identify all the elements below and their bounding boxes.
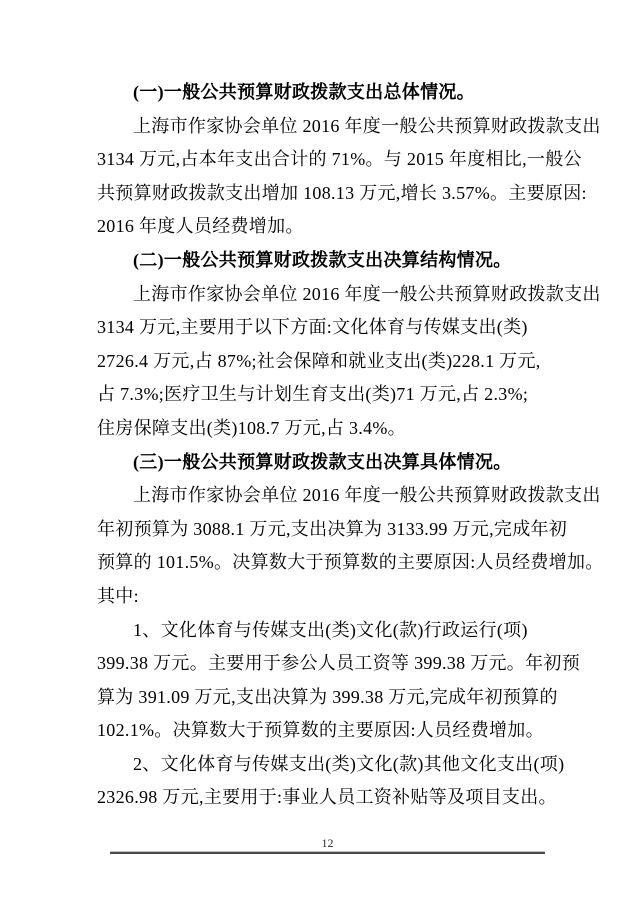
document-text-block: (一)一般公共预算财政拨款支出总体情况。 上海市作家协会单位 2016 年度一般… [97, 76, 567, 815]
paragraph-4-line-1: 1、文化体育与传媒支出(类)文化(款)行政运行(项) [97, 614, 567, 648]
paragraph-2-line-2: 3134 万元,主要用于以下方面:文化体育与传媒支出(类) [97, 311, 567, 345]
paragraph-1-line-3: 共预算财政拨款支出增加 108.13 万元,增长 3.57%。主要原因: [97, 177, 567, 211]
section-heading-2: (二)一般公共预算财政拨款支出决算结构情况。 [97, 244, 567, 278]
paragraph-2-line-3: 2726.4 万元,占 87%;社会保障和就业支出(类)228.1 万元, [97, 345, 567, 379]
paragraph-4-line-3: 算为 391.09 万元,支出决算为 399.38 万元,完成年初预算的 [97, 681, 567, 715]
paragraph-3-line-3: 预算的 101.5%。决算数大于预算数的主要原因:人员经费增加。 [97, 546, 567, 580]
paragraph-5-line-1: 2、文化体育与传媒支出(类)文化(款)其他文化支出(项) [97, 748, 567, 782]
paragraph-4-line-4: 102.1%。决算数大于预算数的主要原因:人员经费增加。 [97, 714, 567, 748]
page-number: 12 [110, 835, 545, 851]
section-heading-1: (一)一般公共预算财政拨款支出总体情况。 [97, 76, 567, 110]
paragraph-1-line-2: 3134 万元,占本年支出合计的 71%。与 2015 年度相比,一般公 [97, 143, 567, 177]
paragraph-5-line-2: 2326.98 万元,主要用于:事业人员工资补贴等及项目支出。 [97, 781, 567, 815]
footer-divider [110, 851, 545, 854]
paragraph-1-line-4: 2016 年度人员经费增加。 [97, 210, 567, 244]
paragraph-3-line-4: 其中: [97, 580, 567, 614]
paragraph-2-line-1: 上海市作家协会单位 2016 年度一般公共预算财政拨款支出 [97, 278, 567, 312]
paragraph-2-line-4: 占 7.3%;医疗卫生与计划生育支出(类)71 万元,占 2.3%; [97, 378, 567, 412]
paragraph-4-line-2: 399.38 万元。主要用于参公人员工资等 399.38 万元。年初预 [97, 647, 567, 681]
paragraph-2-line-5: 住房保障支出(类)108.7 万元,占 3.4%。 [97, 412, 567, 446]
paragraph-3-line-2: 年初预算为 3088.1 万元,支出决算为 3133.99 万元,完成年初 [97, 513, 567, 547]
paragraph-3-line-1: 上海市作家协会单位 2016 年度一般公共预算财政拨款支出 [97, 479, 567, 513]
paragraph-1-line-1: 上海市作家协会单位 2016 年度一般公共预算财政拨款支出 [97, 110, 567, 144]
document-page: (一)一般公共预算财政拨款支出总体情况。 上海市作家协会单位 2016 年度一般… [0, 0, 640, 905]
section-heading-3: (三)一般公共预算财政拨款支出决算具体情况。 [97, 446, 567, 480]
